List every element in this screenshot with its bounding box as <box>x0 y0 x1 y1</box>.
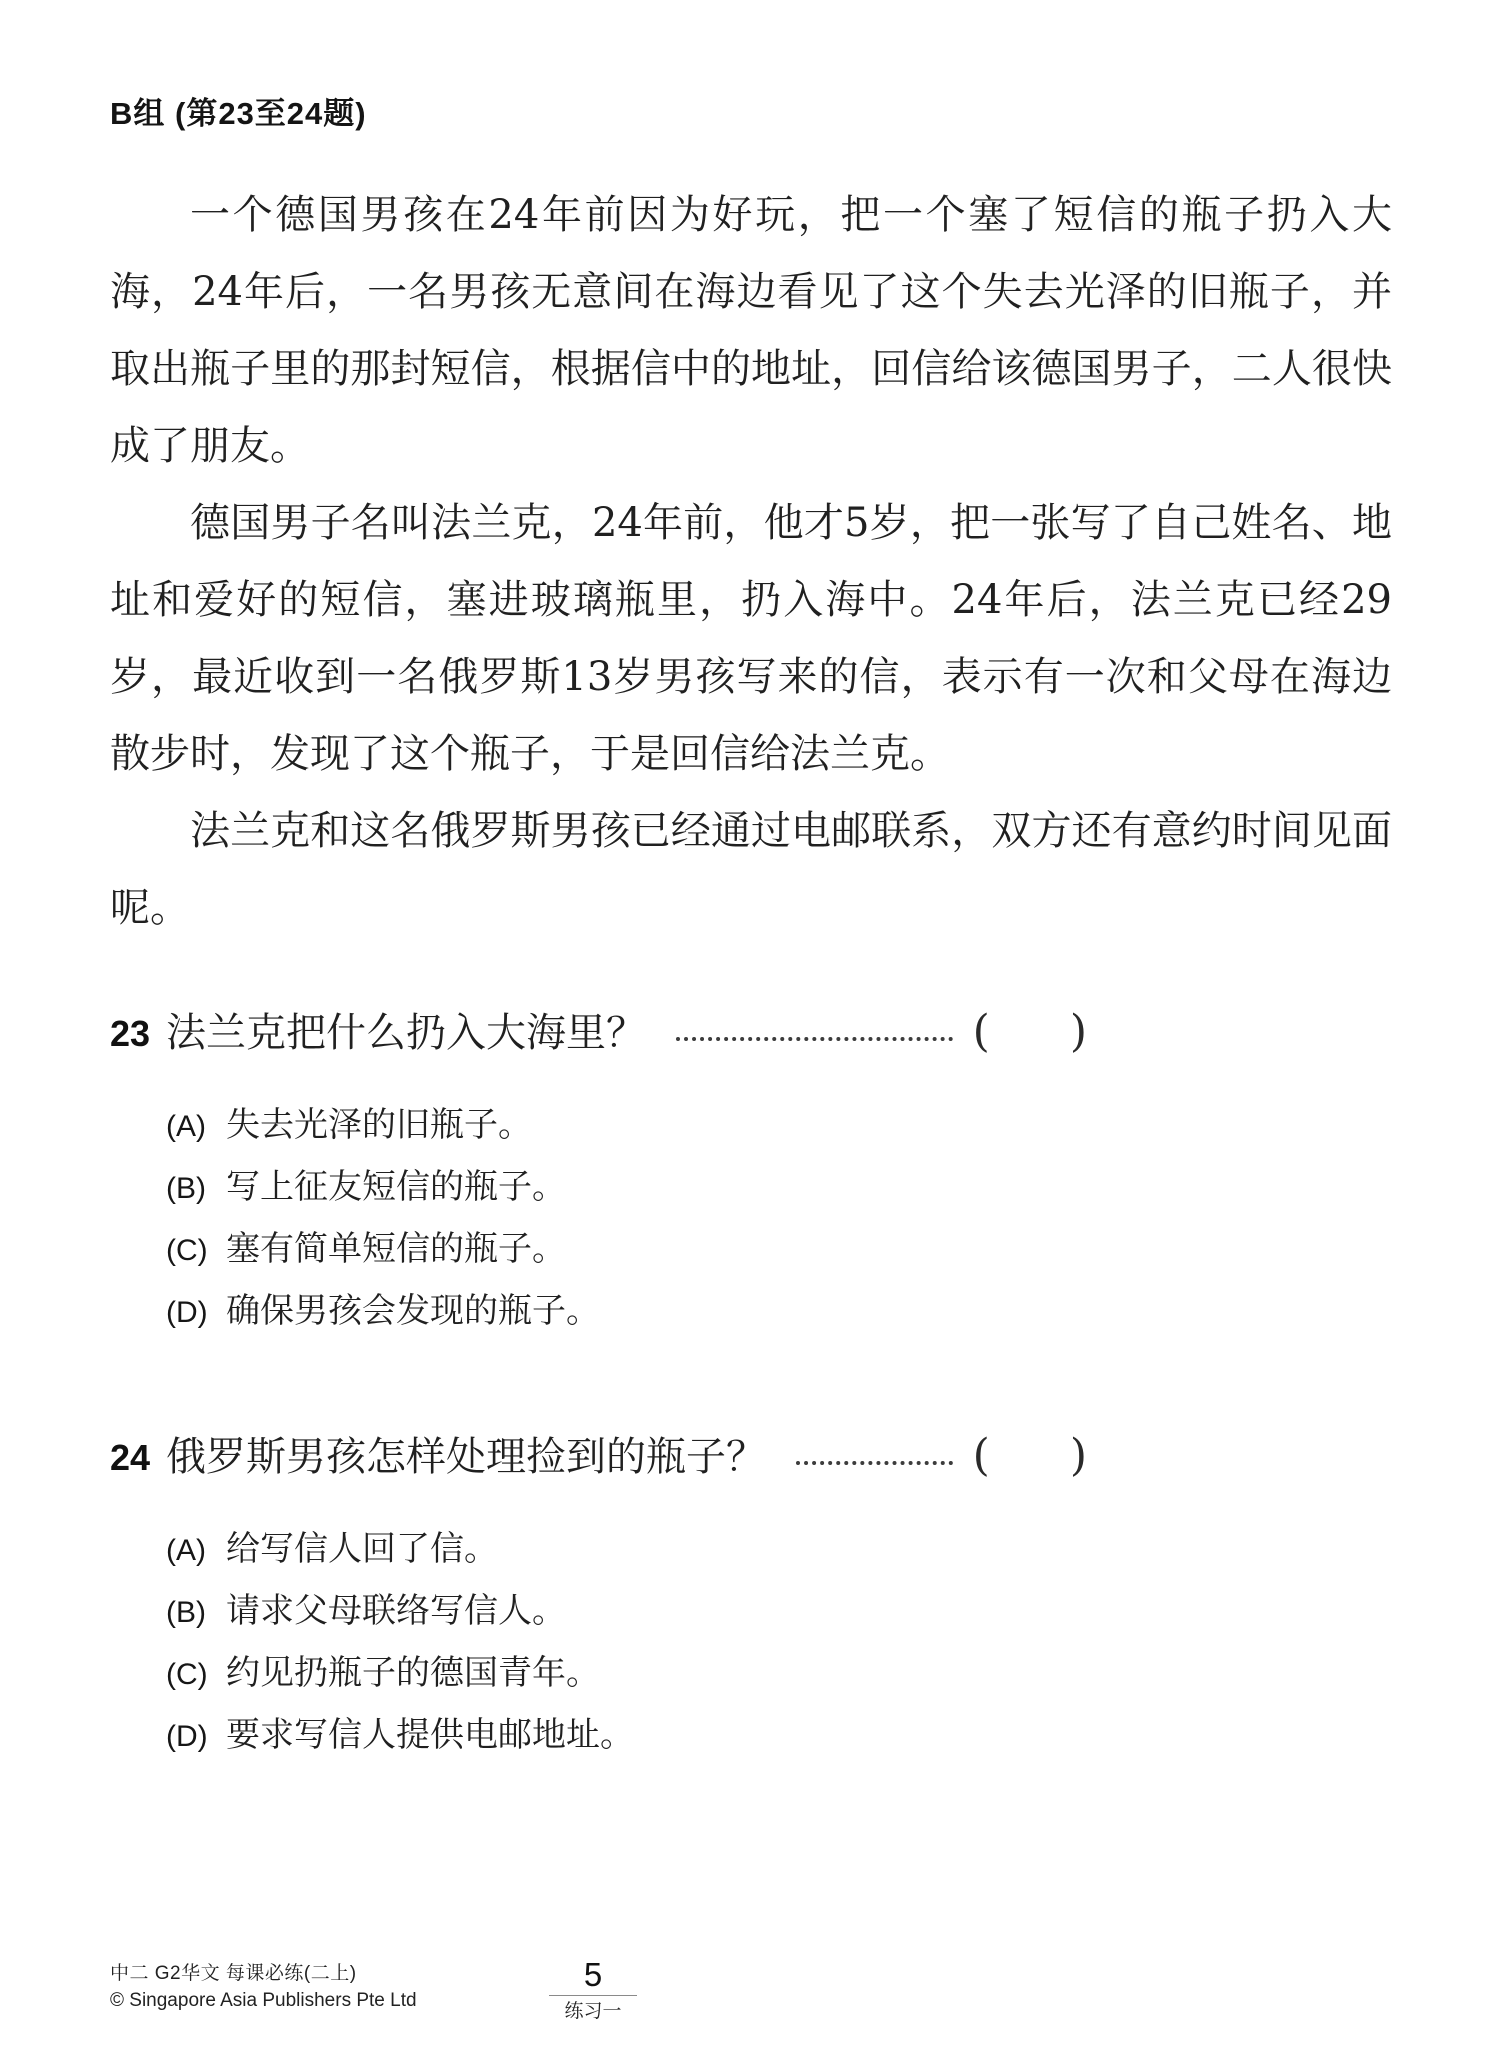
option-d: (D) 要求写信人提供电邮地址。 <box>166 1705 1392 1767</box>
option-text: 给写信人回了信。 <box>226 1519 498 1580</box>
page-number: 5 <box>535 1958 651 1992</box>
option-b: (B) 请求父母联络写信人。 <box>166 1581 1392 1643</box>
option-text: 请求父母联络写信人。 <box>226 1581 566 1642</box>
options-list: (A) 失去光泽的旧瓶子。 (B) 写上征友短信的瓶子。 (C) 塞有简单短信的… <box>166 1095 1392 1343</box>
option-a: (A) 给写信人回了信。 <box>166 1519 1392 1581</box>
option-c: (C) 约见扔瓶子的德国青年。 <box>166 1643 1392 1705</box>
answer-brackets: ( ) <box>973 1005 1087 1059</box>
exercise-label: 练习一 <box>535 2000 651 2022</box>
bracket-close: ) <box>1070 1429 1087 1483</box>
page-number-rule <box>549 1995 637 1996</box>
question-number: 23 <box>110 1007 166 1061</box>
option-label: (B) <box>166 1582 226 1643</box>
option-label: (C) <box>166 1644 226 1705</box>
reading-passage: 一个德国男孩在24年前因为好玩，把一个塞了短信的瓶子扔入大海，24年后，一名男孩… <box>110 177 1392 947</box>
question-text: 法兰克把什么扔入大海里？ <box>166 1006 646 1060</box>
footer-publisher-block: 中二 G2华文 每课必练(二上) © Singapore Asia Publis… <box>110 1960 417 2014</box>
option-a: (A) 失去光泽的旧瓶子。 <box>166 1095 1392 1157</box>
option-label: (B) <box>166 1158 226 1219</box>
passage-paragraph: 德国男子名叫法兰克，24年前，他才5岁，把一张写了自己姓名、地址和爱好的短信，塞… <box>110 485 1392 793</box>
section-header: B组 (第23至24题) <box>110 88 1392 133</box>
dotted-leader <box>676 1037 953 1041</box>
question-24: 24 俄罗斯男孩怎样处理捡到的瓶子？ ( ) (A) 给写信人回了信。 (B) … <box>110 1429 1392 1767</box>
question-24-row: 24 俄罗斯男孩怎样处理捡到的瓶子？ ( ) <box>110 1429 1392 1485</box>
question-number: 24 <box>110 1431 166 1485</box>
option-b: (B) 写上征友短信的瓶子。 <box>166 1157 1392 1219</box>
questions-section: 23 法兰克把什么扔入大海里？ ( ) (A) 失去光泽的旧瓶子。 (B) 写上… <box>110 1005 1392 1767</box>
question-23: 23 法兰克把什么扔入大海里？ ( ) (A) 失去光泽的旧瓶子。 (B) 写上… <box>110 1005 1392 1343</box>
footer-page-block: 5 练习一 <box>535 1958 651 2022</box>
option-text: 要求写信人提供电邮地址。 <box>226 1705 634 1766</box>
option-text: 写上征友短信的瓶子。 <box>226 1157 566 1218</box>
passage-paragraph: 法兰克和这名俄罗斯男孩已经通过电邮联系，双方还有意约时间见面呢。 <box>110 793 1392 947</box>
bracket-close: ) <box>1070 1005 1087 1059</box>
dotted-leader <box>796 1461 953 1465</box>
option-text: 确保男孩会发现的瓶子。 <box>226 1281 600 1342</box>
option-c: (C) 塞有简单短信的瓶子。 <box>166 1219 1392 1281</box>
worksheet-page: B组 (第23至24题) 一个德国男孩在24年前因为好玩，把一个塞了短信的瓶子扔… <box>0 0 1498 2048</box>
bracket-open: ( <box>973 1005 990 1059</box>
option-label: (A) <box>166 1096 226 1157</box>
question-23-row: 23 法兰克把什么扔入大海里？ ( ) <box>110 1005 1392 1061</box>
footer-copyright: © Singapore Asia Publishers Pte Ltd <box>110 1987 417 2014</box>
options-list: (A) 给写信人回了信。 (B) 请求父母联络写信人。 (C) 约见扔瓶子的德国… <box>166 1519 1392 1767</box>
question-text: 俄罗斯男孩怎样处理捡到的瓶子？ <box>166 1430 766 1484</box>
passage-paragraph: 一个德国男孩在24年前因为好玩，把一个塞了短信的瓶子扔入大海，24年后，一名男孩… <box>110 177 1392 485</box>
bracket-open: ( <box>973 1429 990 1483</box>
option-text: 失去光泽的旧瓶子。 <box>226 1095 532 1156</box>
footer-book-title: 中二 G2华文 每课必练(二上) <box>110 1960 417 1987</box>
option-label: (A) <box>166 1520 226 1581</box>
option-d: (D) 确保男孩会发现的瓶子。 <box>166 1281 1392 1343</box>
option-label: (C) <box>166 1220 226 1281</box>
answer-brackets: ( ) <box>973 1429 1087 1483</box>
option-text: 塞有简单短信的瓶子。 <box>226 1219 566 1280</box>
option-text: 约见扔瓶子的德国青年。 <box>226 1643 600 1704</box>
option-label: (D) <box>166 1706 226 1767</box>
option-label: (D) <box>166 1282 226 1343</box>
